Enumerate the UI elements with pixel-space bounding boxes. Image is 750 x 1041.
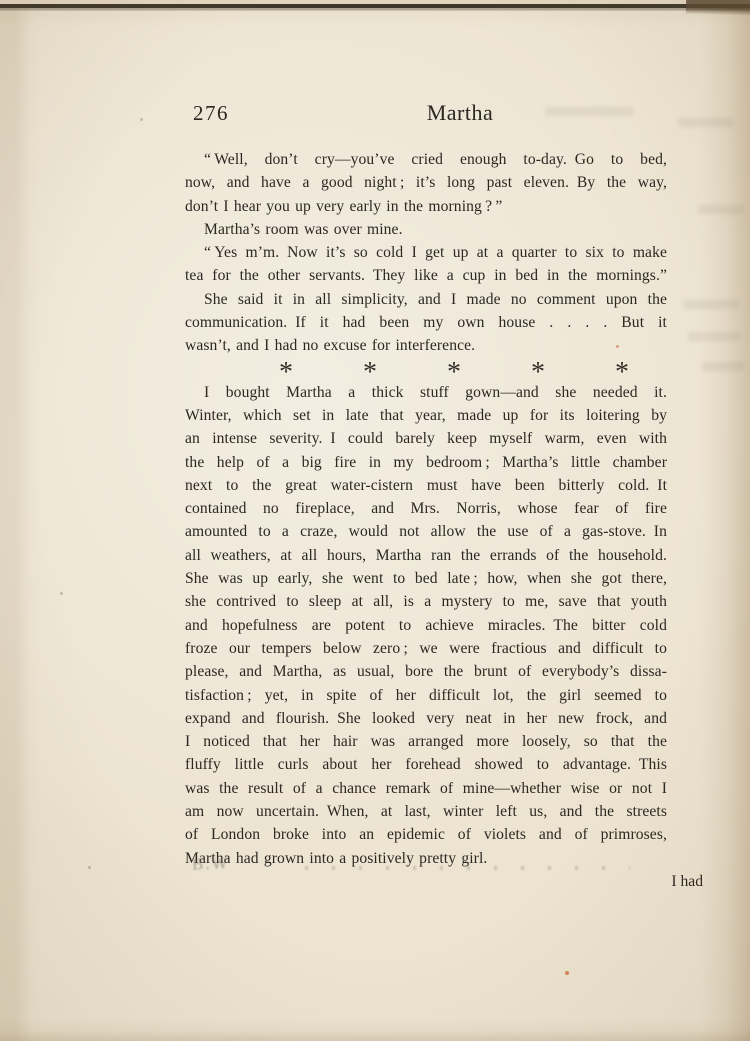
paragraph: She said it in all simplicity, and I mad… — [185, 288, 667, 358]
text-line: Winter, which set in late that year, mad… — [185, 404, 667, 427]
showthrough-smudge — [698, 205, 744, 214]
text-line: She was up early, she went to bed late ;… — [185, 567, 667, 590]
showthrough-smudge — [688, 332, 740, 341]
showthrough-smudge — [683, 300, 739, 309]
text-line: now, and have a good night ; it’s long p… — [185, 171, 667, 194]
paragraph: “ Well, don’t cry—you’ve cried enough to… — [185, 148, 667, 218]
asterisk: * — [279, 360, 293, 380]
text-line: contained no fireplace, and Mrs. Norris,… — [185, 497, 667, 520]
text-line: next to the great water-cistern must hav… — [185, 474, 667, 497]
page-top-edge-shadow — [686, 0, 750, 17]
text-line: of London broke into an epidemic of viol… — [185, 823, 667, 846]
text-line: the help of a big fire in my bedroom ; M… — [185, 451, 667, 474]
text-line: am now uncertain. When, at last, winter … — [185, 800, 667, 823]
paper-speck — [565, 971, 569, 975]
book-page-scan: 276 Martha “ Well, don’t cry—you’ve crie… — [0, 0, 750, 1041]
asterisk: * — [447, 360, 461, 380]
text-line: I noticed that her hair was arranged mor… — [185, 730, 667, 753]
paragraph: Martha’s room was over mine. — [185, 218, 667, 241]
paper-speck — [140, 118, 143, 121]
text-column: 276 Martha “ Well, don’t cry—you’ve crie… — [185, 100, 667, 893]
text-line: she contrived to sleep at all, is a myst… — [185, 590, 667, 613]
text-line: wasn’t, and I had no excuse for interfer… — [185, 334, 667, 357]
asterisk: * — [363, 360, 377, 380]
text-line: please, and Martha, as usual, bore the b… — [185, 660, 667, 683]
text-line: I bought Martha a thick stuff gown—and s… — [185, 381, 667, 404]
text-line: all weathers, at all hours, Martha ran t… — [185, 544, 667, 567]
paragraph: “ Yes m’m. Now it’s so cold I get up at … — [185, 241, 667, 288]
paragraph: I bought Martha a thick stuff gown—and s… — [185, 381, 667, 870]
paragraphs: “ Well, don’t cry—you’ve cried enough to… — [185, 148, 667, 870]
text-line: and hopefulness are potent to achieve mi… — [185, 614, 667, 637]
text-line: was the result of a chance remark of min… — [185, 777, 667, 800]
text-line: amounted to a craze, would not allow the… — [185, 520, 667, 543]
text-line: don’t I hear you up very early in the mo… — [185, 195, 667, 218]
text-line: “ Yes m’m. Now it’s so cold I get up at … — [185, 241, 667, 264]
text-line: expand and flourish. She looked very nea… — [185, 707, 667, 730]
text-line: communication. If it had been my own hou… — [185, 311, 667, 334]
text-line: fluffy little curls about her forehead s… — [185, 753, 667, 776]
asterisk-separator: ***** — [185, 360, 667, 380]
ghost-mark: B.W — [192, 853, 230, 874]
showthrough-smudge — [678, 118, 733, 127]
text-line: froze our tempers below zero ; we were f… — [185, 637, 667, 660]
text-line: tisfaction ; yet, in spite of her diffic… — [185, 684, 667, 707]
text-line: an intense severity. I could barely keep… — [185, 427, 667, 450]
text-line: Martha had grown into a positively prett… — [185, 847, 667, 870]
page-header: 276 Martha — [185, 100, 667, 128]
text-line: Martha’s room was over mine. — [185, 218, 667, 241]
page-number: 276 — [193, 101, 229, 126]
asterisk: * — [531, 360, 545, 380]
running-title: Martha — [427, 100, 494, 126]
page-top-edge — [0, 0, 750, 14]
showthrough-smudge — [702, 362, 744, 371]
text-line: tea for the other servants. They like a … — [185, 264, 667, 287]
text-line: She said it in all simplicity, and I mad… — [185, 288, 667, 311]
paper-speck — [60, 592, 63, 595]
paper-speck — [88, 866, 91, 869]
text-line: “ Well, don’t cry—you’ve cried enough to… — [185, 148, 667, 171]
asterisk: * — [615, 360, 629, 380]
catchword: I had — [185, 870, 703, 893]
